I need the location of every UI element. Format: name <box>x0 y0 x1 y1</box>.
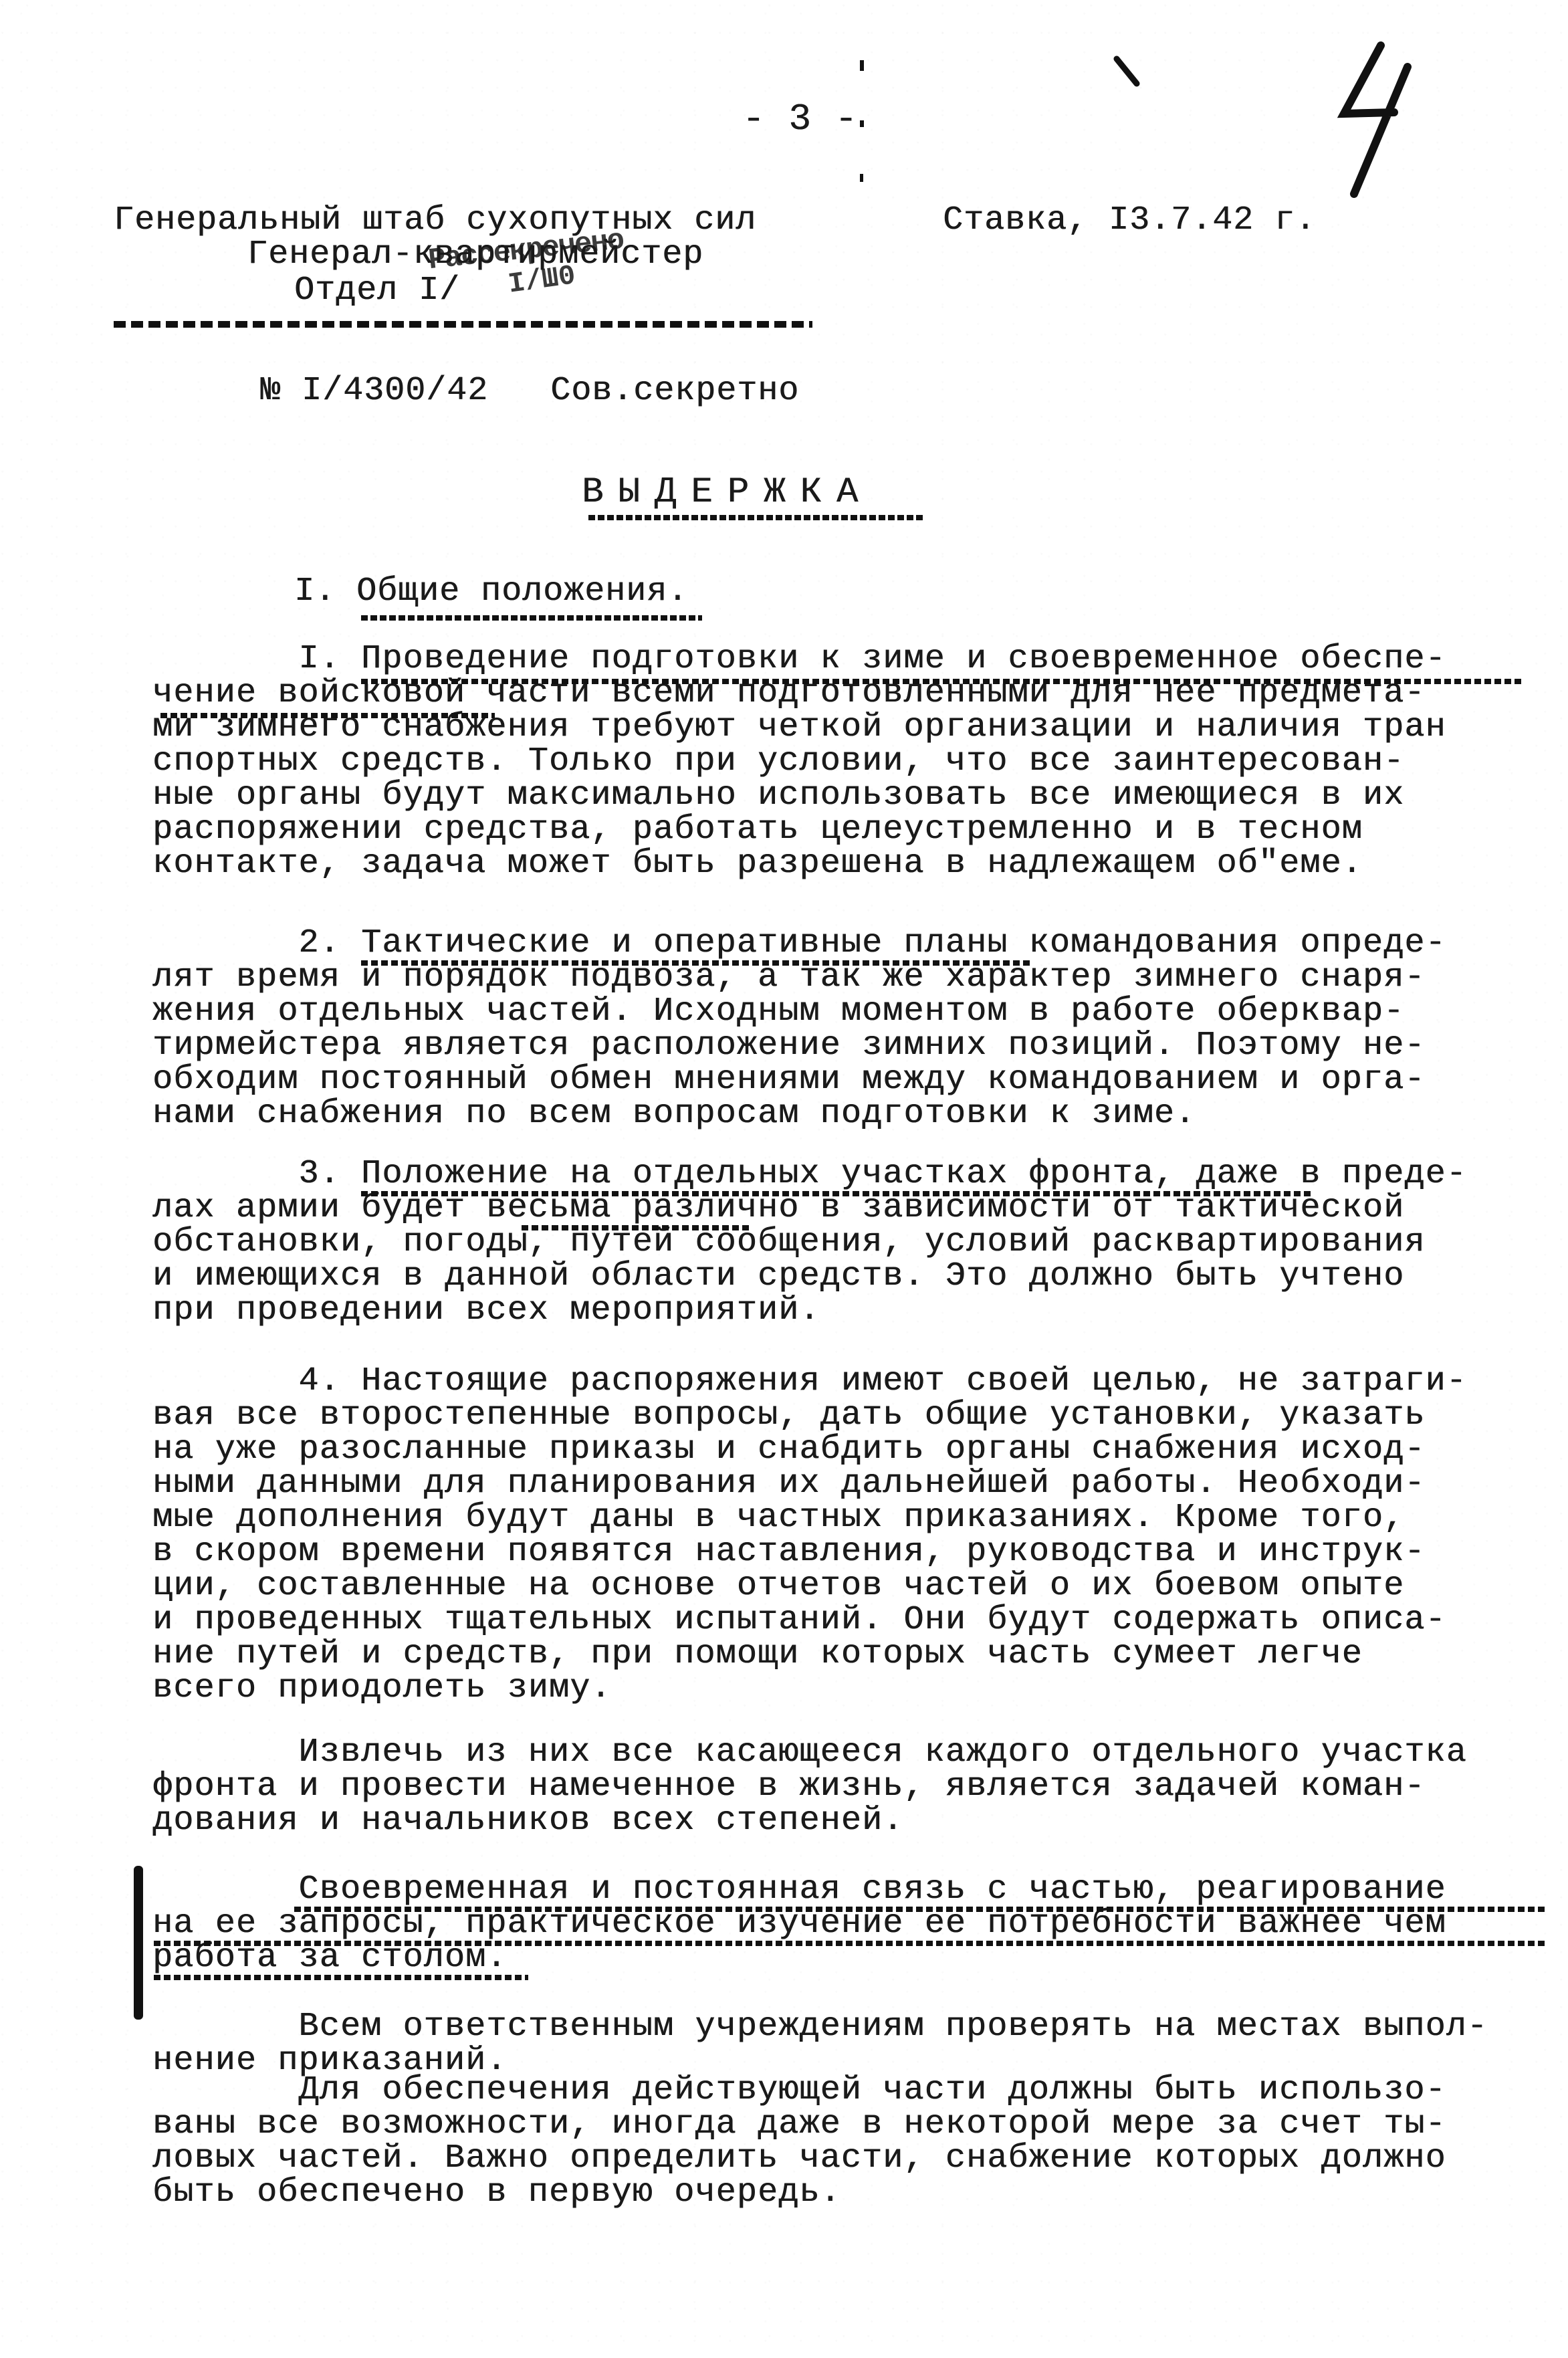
text-line: 4. Настоящие распоряжения имеют своей це… <box>152 1364 1557 1398</box>
section-heading: I. Общие положения. <box>294 575 688 609</box>
header-divider <box>114 321 812 328</box>
text-line: всего приодолеть зиму. <box>152 1671 1557 1705</box>
title-underline <box>588 515 923 520</box>
handwritten-page-number-icon <box>1331 40 1418 201</box>
text-line: спортных средств. Только при условии, чт… <box>152 744 1557 778</box>
text-line: Для обеспечения действующей части должны… <box>152 2073 1557 2107</box>
organization-line-3: Отдел I/ <box>294 274 460 308</box>
underline-mark <box>154 1975 528 1980</box>
classification-label: Сов.секретно <box>550 372 799 410</box>
text-line: ваны все возможности, иногда даже в неко… <box>152 2107 1557 2141</box>
document-title: ВЫДЕРЖКА <box>582 475 873 511</box>
text-line: обстановки, погоды, путей сообщения, усл… <box>152 1225 1557 1259</box>
paragraph-1: I. Проведение подготовки к зиме и своевр… <box>152 642 1557 881</box>
paragraph-5: Извлечь из них все касающееся каждого от… <box>152 1735 1557 1838</box>
document-number-line: № I/4300/42 Сов.секретно <box>177 341 799 441</box>
text-line: Своевременная и постоянная связь с часть… <box>152 1872 1557 1907</box>
paragraph-4: 4. Настоящие распоряжения имеют своей це… <box>152 1364 1557 1705</box>
text-line: обходим постоянный обмен мнениями между … <box>152 1063 1557 1097</box>
text-line: и имеющихся в данной области средств. Эт… <box>152 1259 1557 1293</box>
underline-mark <box>294 1907 1545 1912</box>
text-line: Извлечь из них все касающееся каждого от… <box>152 1735 1557 1770</box>
paragraph-3: 3. Положение на отдельных участках фронт… <box>152 1157 1557 1327</box>
text-line: быть обеспечено в первую очередь. <box>152 2175 1557 2210</box>
text-line: 2. Тактические и оперативные планы коман… <box>152 926 1557 960</box>
section-underline <box>361 615 702 621</box>
document-page: - 3 - Генеральный штаб сухопутных сил Ге… <box>0 0 1568 2358</box>
text-line: в скором времени появятся наставления, р… <box>152 1535 1557 1569</box>
paragraph-2: 2. Тактические и оперативные планы коман… <box>152 926 1557 1131</box>
text-line: ными данными для планирования их дальней… <box>152 1467 1557 1501</box>
text-line: Всем ответственным учреждениям проверять… <box>152 2010 1557 2044</box>
text-line: ции, составленные на основе отчетов част… <box>152 1569 1557 1603</box>
text-line: 3. Положение на отдельных участках фронт… <box>152 1157 1557 1191</box>
text-line: контакте, задача может быть разрешена в … <box>152 847 1557 881</box>
text-line: фронта и провести намеченное в жизнь, яв… <box>152 1770 1557 1804</box>
paragraph-7: Всем ответственным учреждениям проверять… <box>152 2010 1557 2078</box>
paragraph-8: Для обеспечения действующей части должны… <box>152 2073 1557 2210</box>
underline-mark <box>154 1941 1545 1946</box>
text-line: тирмейстера является расположение зимних… <box>152 1029 1557 1063</box>
organization-line-1: Генеральный штаб сухопутных сил <box>114 204 756 237</box>
text-line: распоряжении средства, работать целеустр… <box>152 813 1557 847</box>
underline-mark <box>160 713 495 718</box>
text-line: нами снабжения по всем вопросам подготов… <box>152 1097 1557 1131</box>
text-line: при проведении всех мероприятий. <box>152 1293 1557 1327</box>
text-line: ные органы будут максимально использоват… <box>152 778 1557 813</box>
underline-mark <box>361 679 1525 684</box>
text-line: на уже разосланные приказы и снабдить ор… <box>152 1432 1557 1467</box>
underline-mark <box>361 960 1030 966</box>
margin-bracket <box>134 1866 143 2020</box>
text-line: вая все второстепенные вопросы, дать общ… <box>152 1398 1557 1432</box>
underline-mark <box>361 1191 1311 1196</box>
text-line: ловых частей. Важно определить части, сн… <box>152 2141 1557 2175</box>
place-date: Ставка, I3.7.42 г. <box>943 204 1316 237</box>
text-line: дования и начальников всех степеней. <box>152 1804 1557 1838</box>
underline-mark <box>522 1225 749 1230</box>
text-line: ние путей и средств, при помощи которых … <box>152 1637 1557 1671</box>
text-line: жения отдельных частей. Исходным моменто… <box>152 994 1557 1029</box>
page-number: - 3 - <box>742 100 858 138</box>
pencil-mark-icon <box>1110 53 1150 94</box>
document-number: № I/4300/42 <box>260 372 488 410</box>
paragraph-6: Своевременная и постоянная связь с часть… <box>152 1872 1557 1975</box>
text-line: I. Проведение подготовки к зиме и своевр… <box>152 642 1557 676</box>
text-line: и проведенных тщательных испытаний. Они … <box>152 1603 1557 1637</box>
text-line: мые дополнения будут даны в частных прик… <box>152 1501 1557 1535</box>
